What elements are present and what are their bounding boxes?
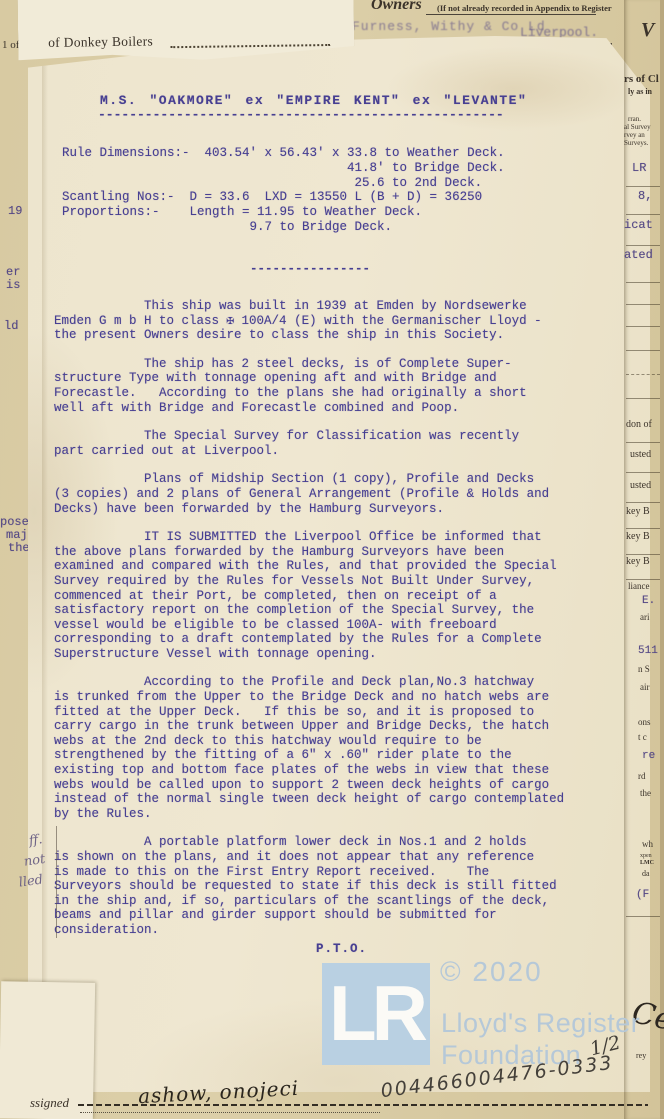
form-owners-value: Furness, Withy & Co Ld bbox=[352, 20, 546, 33]
form-owners-label: Owners bbox=[371, 0, 422, 13]
form-bottom-dotted-rule bbox=[80, 1112, 380, 1113]
photo-edge bbox=[660, 0, 664, 1119]
form-fragment: 8, bbox=[638, 190, 652, 202]
form-fragment: rvey an bbox=[624, 132, 645, 139]
form-fragment: ated bbox=[624, 249, 653, 261]
form-rule bbox=[626, 350, 660, 351]
form-fragment: ons bbox=[638, 718, 651, 727]
form-rule bbox=[626, 304, 660, 305]
form-rule bbox=[626, 472, 660, 473]
form-fragment: air bbox=[640, 683, 650, 692]
form-fragment: key B bbox=[626, 532, 650, 542]
ship-title: M.S. "OAKMORE" ex "EMPIRE KENT" ex "LEVA… bbox=[100, 93, 527, 108]
form-left-strip: 19 er is ld pose maj the bbox=[0, 0, 28, 1119]
form-fragment: rs of Cl bbox=[624, 74, 659, 85]
proportions-line: Proportions:- Length = 11.95 to Weather … bbox=[62, 205, 505, 220]
dotted-leader bbox=[170, 44, 330, 48]
paragraph-submitted: IT IS SUBMITTED the Liverpool Office be … bbox=[54, 530, 644, 661]
form-right-strip: rs of Cl ly as in rran. al Survey rvey a… bbox=[624, 0, 664, 1119]
form-fragment: xpen bbox=[640, 853, 652, 859]
form-fragment: re bbox=[642, 751, 655, 762]
paragraph-decks: The ship has 2 steel decks, is of Comple… bbox=[54, 357, 644, 415]
watermark-copyright: © 2020 bbox=[440, 956, 543, 988]
form-fragment: is bbox=[6, 279, 20, 291]
rule-dimensions-line: Rule Dimensions:- 403.54' x 56.43' x 33.… bbox=[62, 146, 505, 161]
form-rule bbox=[626, 282, 660, 283]
form-fragment: LR bbox=[632, 162, 646, 174]
form-fragment: liance bbox=[628, 582, 650, 591]
report-sheet: M.S. "OAKMORE" ex "EMPIRE KENT" ex "LEVA… bbox=[28, 36, 650, 1092]
bridge-deck-line: 41.8' to Bridge Deck. bbox=[62, 161, 505, 176]
form-fragment: Surveys. bbox=[624, 140, 648, 147]
form-fragment: da bbox=[642, 870, 650, 878]
form-rule bbox=[626, 442, 660, 443]
form-fragment: (F bbox=[636, 890, 649, 901]
paragraph-plans: Plans of Midship Section (1 copy), Profi… bbox=[54, 472, 644, 516]
pto-label: P.T.O. bbox=[316, 942, 367, 956]
form-fragment: ari bbox=[640, 613, 650, 622]
bottom-handwriting: ashow, onojeci bbox=[138, 1078, 300, 1106]
form-rule bbox=[626, 554, 660, 555]
form-fragment: usted bbox=[630, 481, 651, 491]
form-fragment: the bbox=[8, 542, 30, 554]
paper-crease bbox=[42, 36, 48, 1092]
assigned-label: ssigned bbox=[30, 1096, 69, 1109]
paragraph-hatchway: According to the Profile and Deck plan,N… bbox=[54, 675, 644, 821]
form-fragment: E. bbox=[642, 596, 655, 607]
form-fragment: n S bbox=[638, 665, 650, 674]
donkey-boilers-label: of Donkey Boilers bbox=[48, 34, 153, 49]
form-rule bbox=[626, 528, 660, 529]
form-fragment: ld bbox=[4, 320, 18, 332]
form-fragment: t c bbox=[638, 733, 647, 742]
paragraph-built: This ship was built in 1939 at Emden by … bbox=[54, 299, 644, 343]
proportions-line2: 9.7 to Bridge Deck. bbox=[62, 220, 505, 235]
form-fragment: key B bbox=[626, 557, 650, 567]
lloyds-register-logo: LR bbox=[322, 963, 430, 1065]
form-rule bbox=[626, 186, 660, 187]
form-rule bbox=[626, 326, 660, 327]
form-rule bbox=[626, 502, 660, 503]
form-fragment: the bbox=[640, 789, 651, 798]
form-fragment: 19 bbox=[8, 205, 22, 217]
form-fragment: rran. bbox=[628, 116, 641, 123]
form-rule bbox=[626, 916, 660, 917]
form-fragment: icat bbox=[624, 219, 653, 231]
form-rule bbox=[626, 374, 660, 375]
form-rule bbox=[626, 245, 660, 246]
form-fragment: rd bbox=[638, 772, 646, 781]
scanned-document: Owners (If not already recorded in Appen… bbox=[0, 0, 664, 1119]
paragraph-platform: A portable platform lower deck in Nos.1 … bbox=[54, 835, 644, 937]
paragraph-survey: The Special Survey for Classification wa… bbox=[54, 429, 644, 458]
form-fragment: maj bbox=[6, 529, 28, 541]
form-owners-line bbox=[426, 14, 596, 15]
form-fragment: don of bbox=[626, 420, 652, 430]
form-fragment: usted bbox=[630, 450, 651, 460]
form-fragment: 511 bbox=[638, 646, 658, 657]
form-fragment: er bbox=[6, 266, 20, 278]
form-rule bbox=[626, 398, 660, 399]
form-fragment: key B bbox=[626, 507, 650, 517]
form-fragment: ly as in bbox=[628, 88, 652, 96]
second-deck-line: 25.6 to 2nd Deck. bbox=[62, 176, 505, 191]
title-underline: ----------------------------------------… bbox=[98, 107, 504, 122]
form-fragment: pose bbox=[0, 516, 29, 528]
section-separator: ---------------- bbox=[250, 262, 370, 276]
form-fragment: LMC bbox=[640, 860, 654, 866]
scantling-line: Scantling Nos:- D = 33.6 LXD = 13550 L (… bbox=[62, 190, 505, 205]
form-rule bbox=[626, 214, 660, 215]
form-fragment: wh bbox=[642, 840, 653, 849]
form-rule bbox=[626, 579, 660, 580]
margin-rule bbox=[56, 826, 57, 938]
report-body: This ship was built in 1939 at Emden by … bbox=[54, 299, 644, 952]
form-fragment: al Survey bbox=[624, 124, 651, 131]
form-fragment: rey bbox=[636, 1052, 646, 1060]
dimension-block: Rule Dimensions:- 403.54' x 56.43' x 33.… bbox=[62, 146, 505, 235]
form-appendix-note: (If not already recorded in Appendix to … bbox=[437, 4, 612, 13]
